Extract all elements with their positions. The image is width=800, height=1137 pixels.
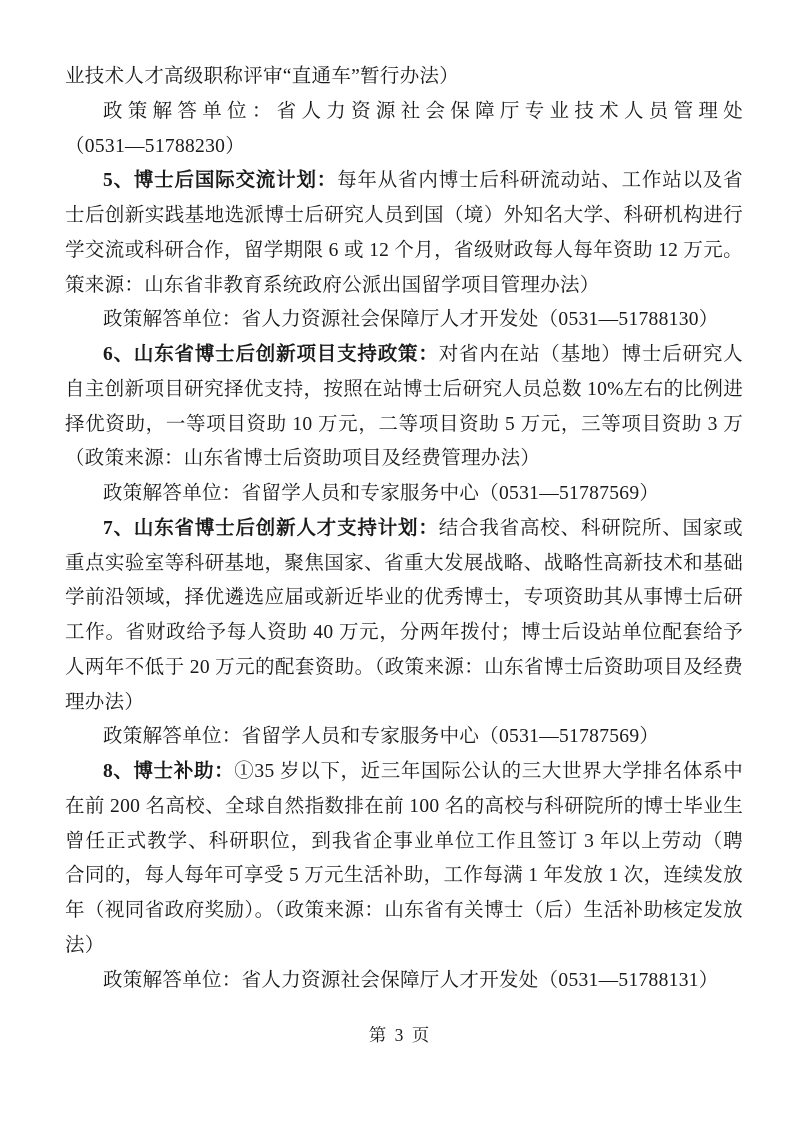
document-body: 业技术人才高级职称评审“直通车”暂行办法） 政策解答单位：省人力资源社会保障厅专… [65,60,743,998]
line-text: 法） [65,935,105,956]
text-line: 人两年不低于 20 万元的配套资助。（政策来源：山东省博士后资助项目及经费管 [65,651,743,686]
text-line: 5、博士后国际交流计划：每年从省内博士后科研流动站、工作站以及省博 [65,164,743,199]
line-text: 合同的，每人每年可享受 5 万元生活补助，工作每满 1 年发放 1 次，连续发放… [65,865,743,894]
line-text: 工作。省财政给予每人资助 40 万元，分两年拨付；博士后设站单位配套给予每 [65,622,743,651]
line-text: 学交流或科研合作，留学期限 6 或 12 个月，省级财政每人每年资助 12 万元… [65,240,743,269]
line-text: 政策解答单位：省人力资源社会保障厅人才开发处（0531—51788130） [103,309,719,330]
text-line: 曾任正式教学、科研职位，到我省企事业单位工作且签订 3 年以上劳动（聘用） [65,825,743,860]
text-line: 6、山东省博士后创新项目支持政策：对省内在站（基地）博士后研究人员 [65,338,743,373]
policy-5-title: 5、博士后国际交流计划： [103,170,337,191]
text-line: 择优资助，一等项目资助 10 万元，二等项目资助 5 万元，三等项目资助 3 万… [65,408,743,443]
line-text: 择优资助，一等项目资助 10 万元，二等项目资助 5 万元，三等项目资助 3 万… [65,414,743,443]
text-line: 合同的，每人每年可享受 5 万元生活补助，工作每满 1 年发放 1 次，连续发放… [65,859,743,894]
line-text: 在前 200 名高校、全球自然指数排在前 100 名的高校与科研院所的博士毕业生… [65,796,743,825]
line-text: 政策解答单位：省留学人员和专家服务中心（0531—51787569） [103,483,659,504]
text-line: 业技术人才高级职称评审“直通车”暂行办法） [65,60,743,95]
policy-8-title: 8、博士补助： [103,761,234,782]
text-line: 政策解答单位：省留学人员和专家服务中心（0531—51787569） [65,477,743,512]
text-line: 策来源：山东省非教育系统政府公派出国留学项目管理办法） [65,269,743,304]
text-line: （0531—51788230） [65,130,743,165]
text-line: 政策解答单位：省留学人员和专家服务中心（0531—51787569） [65,720,743,755]
line-text: 政策解答单位：省人力资源社会保障厅专业技术人员管理处 [103,101,743,122]
text-line: 自主创新项目研究择优支持，按照在站博士后研究人员总数 10%左右的比例进行 [65,373,743,408]
text-line: 学交流或科研合作，留学期限 6 或 12 个月，省级财政每人每年资助 12 万元… [65,234,743,269]
text-line: 在前 200 名高校、全球自然指数排在前 100 名的高校与科研院所的博士毕业生… [65,790,743,825]
line-text: 理办法） [65,692,144,713]
line-text: 自主创新项目研究择优支持，按照在站博士后研究人员总数 10%左右的比例进行 [65,379,743,408]
line-text: 策来源：山东省非教育系统政府公派出国留学项目管理办法） [65,275,600,296]
policy-6-title: 6、山东省博士后创新项目支持政策： [103,344,439,365]
document-page: 业技术人才高级职称评审“直通车”暂行办法） 政策解答单位：省人力资源社会保障厅专… [0,0,800,1137]
text-line: 理办法） [65,686,743,721]
policy-7-title: 7、山东省博士后创新人才支持计划： [103,518,439,539]
text-line: 年（视同省政府奖励）。（政策来源：山东省有关博士（后）生活补助核定发放办 [65,894,743,929]
line-text: 曾任正式教学、科研职位，到我省企事业单位工作且签订 3 年以上劳动（聘用） [65,831,743,860]
text-line: （政策来源：山东省博士后资助项目及经费管理办法） [65,442,743,477]
text-line: 8、博士补助：①35 岁以下，近三年国际公认的三大世界大学排名体系中排 [65,755,743,790]
text-line: 工作。省财政给予每人资助 40 万元，分两年拨付；博士后设站单位配套给予每 [65,616,743,651]
text-line: 政策解答单位：省人力资源社会保障厅人才开发处（0531—51788130） [65,303,743,338]
text-line: 7、山东省博士后创新人才支持计划：结合我省高校、科研院所、国家或省 [65,512,743,547]
page-number: 第 3 页 [0,1018,800,1053]
text-line: 政策解答单位：省人力资源社会保障厅专业技术人员管理处 [65,95,743,130]
text-line: 法） [65,929,743,964]
text-line: 学前沿领域，择优遴选应届或新近毕业的优秀博士，专项资助其从事博士后研究 [65,581,743,616]
line-text: （政策来源：山东省博士后资助项目及经费管理办法） [65,448,540,469]
line-text: 政策解答单位：省人力资源社会保障厅人才开发处（0531—51788131） [103,970,719,991]
line-text: 人两年不低于 20 万元的配套资助。（政策来源：山东省博士后资助项目及经费管 [65,657,743,686]
line-text: 士后创新实践基地选派博士后研究人员到国（境）外知名大学、科研机构进行访 [65,205,743,234]
line-text: 业技术人才高级职称评审“直通车”暂行办法） [65,66,459,87]
text-line: 政策解答单位：省人力资源社会保障厅人才开发处（0531—51788131） [65,964,743,999]
line-text: 年（视同省政府奖励）。（政策来源：山东省有关博士（后）生活补助核定发放办 [65,900,743,929]
text-line: 重点实验室等科研基地，聚焦国家、省重大发展战略、战略性高新技术和基础科 [65,547,743,582]
line-text: 重点实验室等科研基地，聚焦国家、省重大发展战略、战略性高新技术和基础科 [65,553,743,582]
text-line: 士后创新实践基地选派博士后研究人员到国（境）外知名大学、科研机构进行访 [65,199,743,234]
line-text: 学前沿领域，择优遴选应届或新近毕业的优秀博士，专项资助其从事博士后研究 [65,587,743,616]
line-text: 政策解答单位：省留学人员和专家服务中心（0531—51787569） [103,726,659,747]
phone-number: （0531—51788230） [65,136,245,157]
